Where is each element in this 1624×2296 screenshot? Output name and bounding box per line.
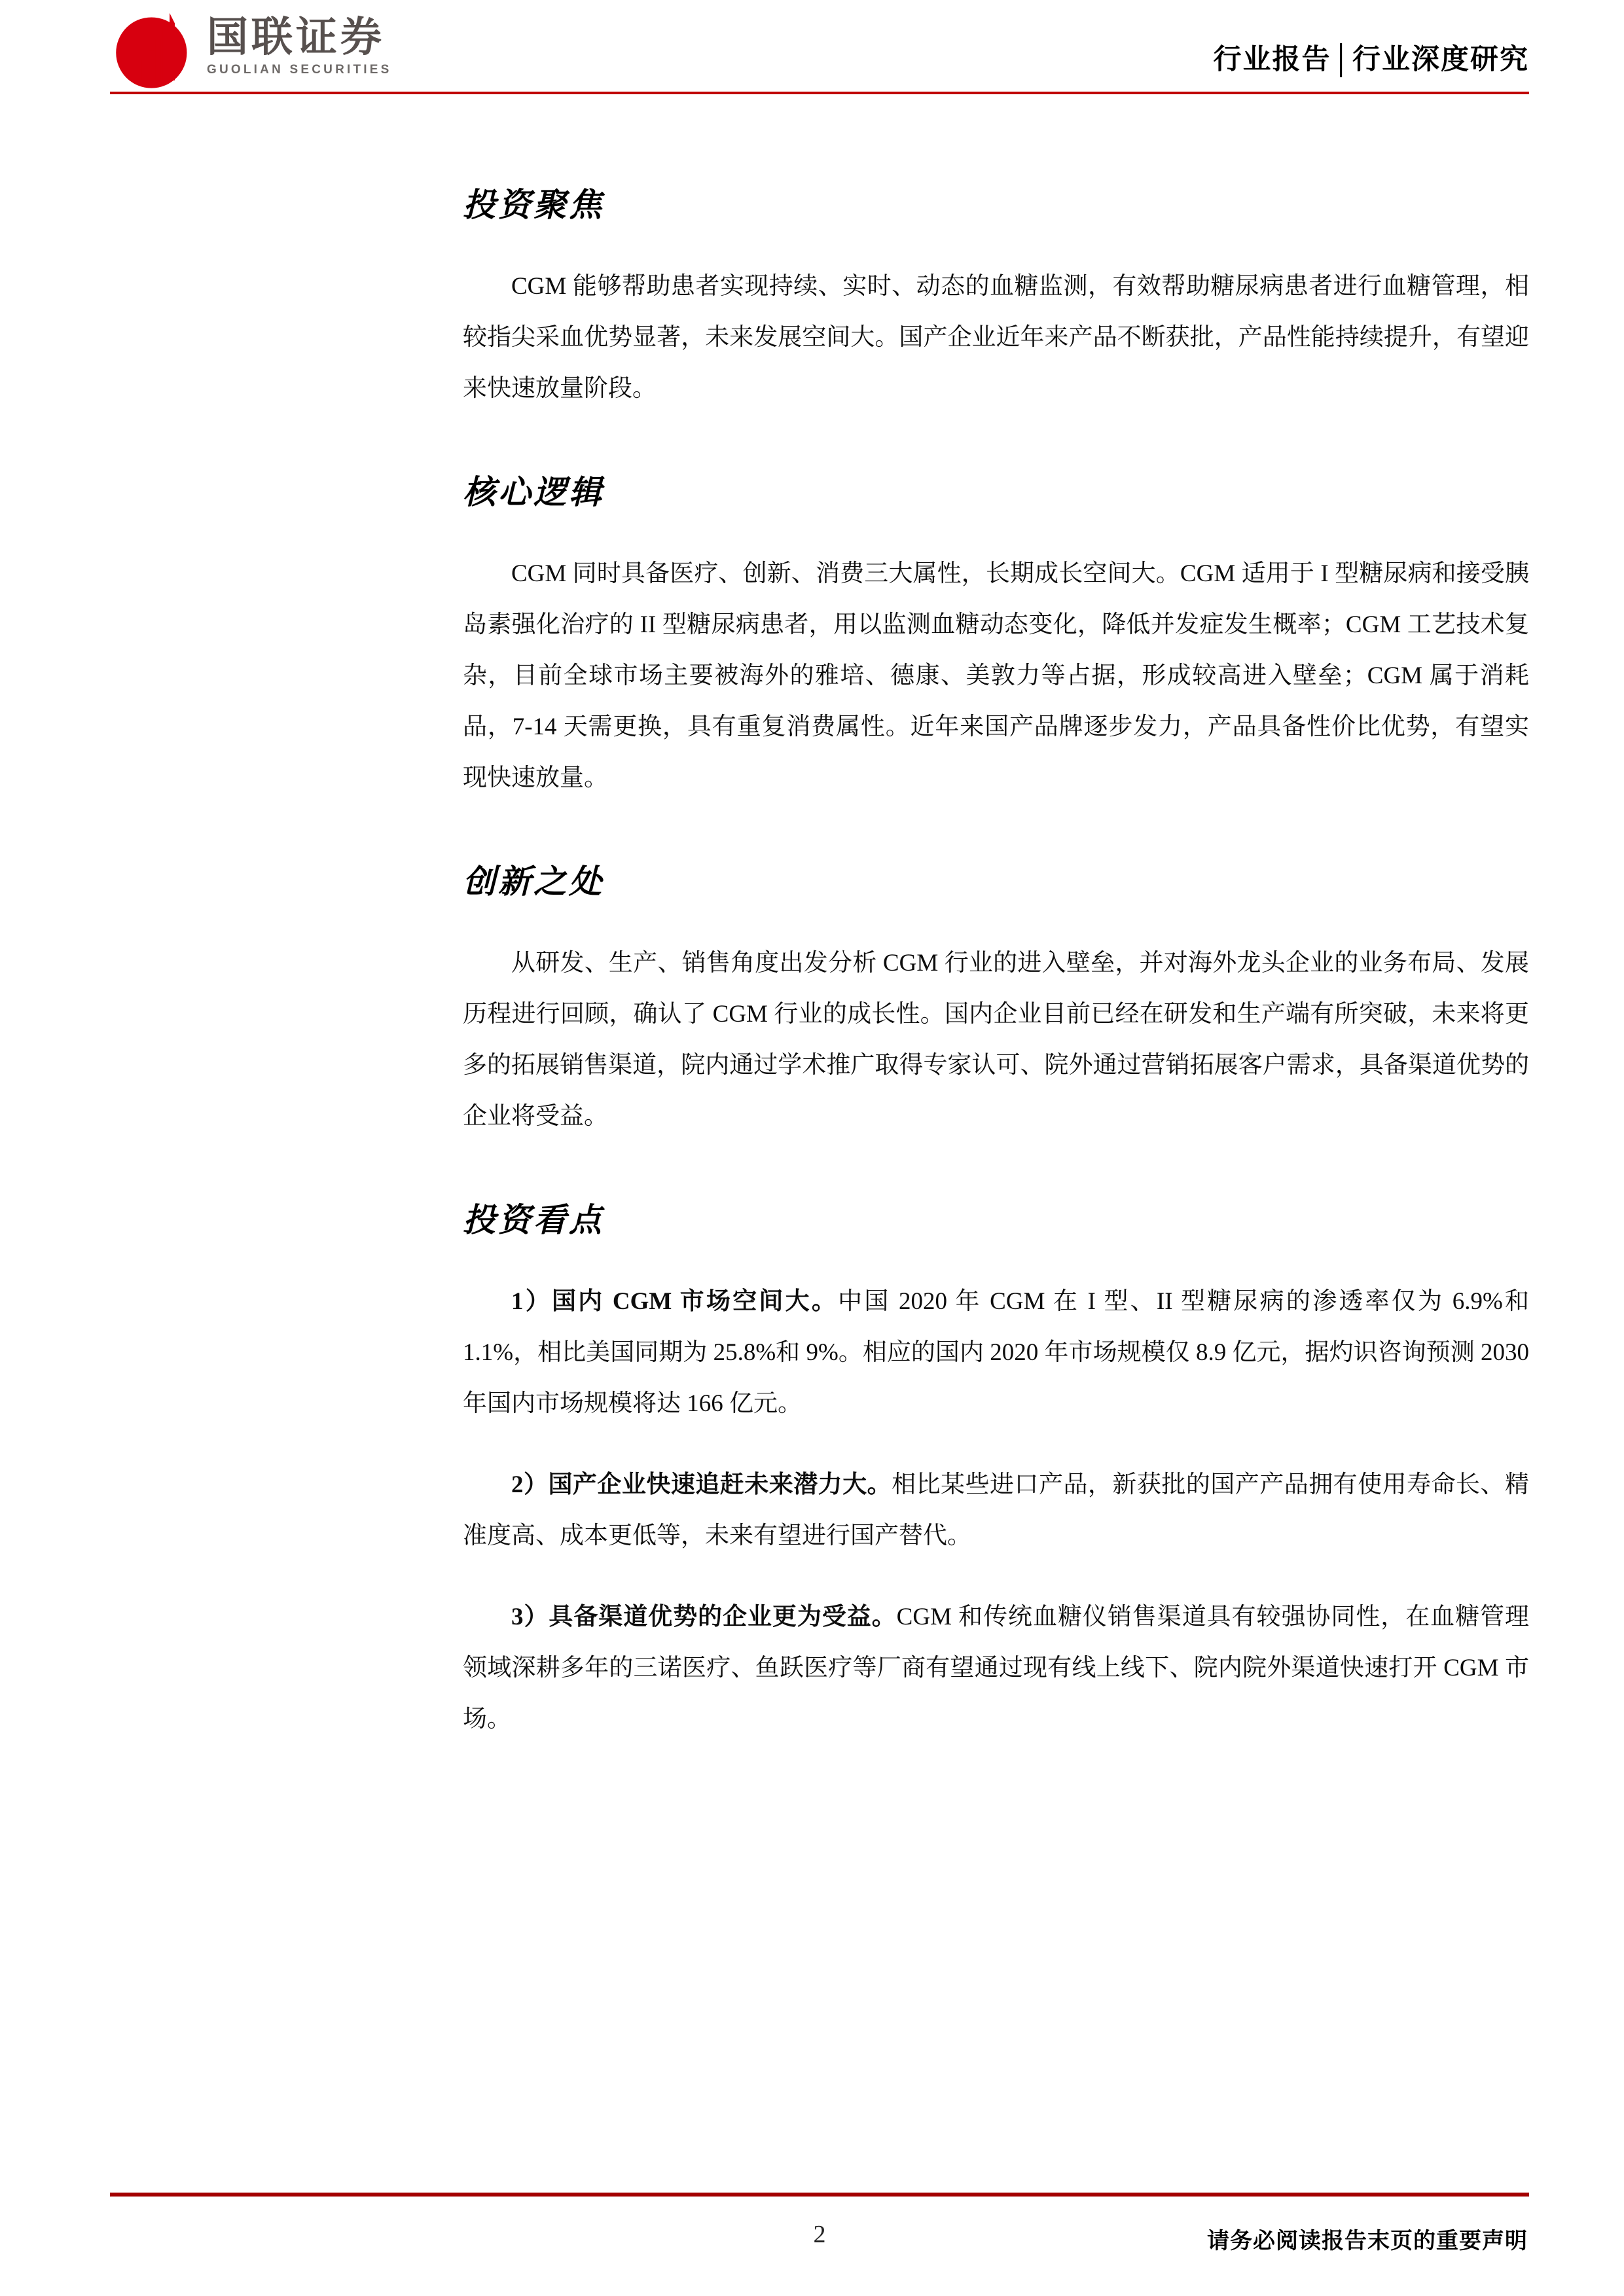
highlight-point-2-lead: 2）国产企业快速追赶未来潜力大。 (511, 1471, 892, 1498)
section-heading-core-logic: 核心逻辑 (463, 472, 1529, 512)
report-page: 国联证券 GUOLIAN SECURITIES 行业报告│行业深度研究 投资聚焦… (0, 0, 1624, 1745)
report-body: 投资聚焦 CGM 能够帮助患者实现持续、实时、动态的血糖监测，有效帮助糖尿病患者… (463, 94, 1529, 1745)
paragraph-investment-focus: CGM 能够帮助患者实现持续、实时、动态的血糖监测，有效帮助糖尿病患者进行血糖管… (463, 261, 1529, 414)
section-heading-investment-highlights: 投资看点 (463, 1200, 1529, 1240)
page-footer: 2 请务必阅读报告末页的重要声明 (110, 2193, 1529, 2255)
page-header: 国联证券 GUOLIAN SECURITIES 行业报告│行业深度研究 (110, 0, 1529, 94)
guolian-logo-icon (110, 3, 196, 89)
highlight-point-3-lead: 3）具备渠道优势的企业更为受益。 (511, 1604, 897, 1630)
footer-row: 2 请务必阅读报告末页的重要声明 (110, 2197, 1529, 2255)
page-number: 2 (814, 2220, 826, 2249)
report-type-label: 行业报告│行业深度研究 (1214, 37, 1529, 92)
paragraph-core-logic: CGM 同时具备医疗、创新、消费三大属性，长期成长空间大。CGM 适用于 I 型… (463, 548, 1529, 804)
logo-company-name-en: GUOLIAN SECURITIES (207, 63, 392, 77)
section-heading-investment-focus: 投资聚焦 (463, 185, 1529, 225)
highlight-point-2: 2）国产企业快速追赶未来潜力大。相比某些进口产品，新获批的国产产品拥有使用寿命长… (463, 1460, 1529, 1562)
footer-disclaimer: 请务必阅读报告末页的重要声明 (1207, 2223, 1528, 2255)
section-heading-innovation: 创新之处 (463, 861, 1529, 902)
company-logo: 国联证券 GUOLIAN SECURITIES (110, 3, 392, 92)
paragraph-innovation: 从研发、生产、销售角度出发分析 CGM 行业的进入壁垒，并对海外龙头企业的业务布… (463, 938, 1529, 1142)
highlight-point-1: 1）国内 CGM 市场空间大。中国 2020 年 CGM 在 I 型、II 型糖… (463, 1276, 1529, 1429)
logo-company-name: 国联证券 (207, 14, 392, 60)
highlight-point-3: 3）具备渠道优势的企业更为受益。CGM 和传统血糖仪销售渠道具有较强协同性，在血… (463, 1592, 1529, 1745)
logo-text-block: 国联证券 GUOLIAN SECURITIES (207, 14, 392, 77)
highlight-point-1-lead: 1）国内 CGM 市场空间大。 (511, 1288, 838, 1315)
